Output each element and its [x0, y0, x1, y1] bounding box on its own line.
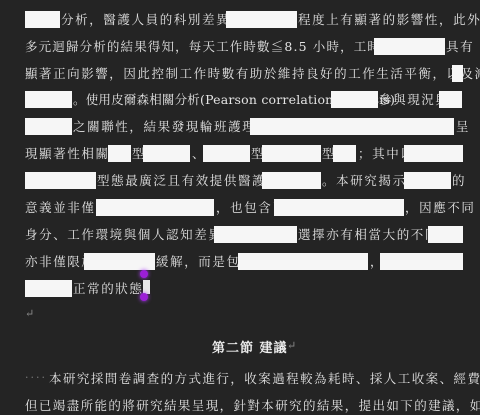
- redaction-box: [84, 253, 155, 270]
- section-heading: 第二節 建議: [212, 337, 288, 356]
- redaction-box: [331, 91, 378, 108]
- redaction-box: [274, 199, 404, 216]
- text-selection[interactable]: [143, 280, 150, 294]
- redaction-box: [25, 172, 96, 189]
- redaction-box: [439, 91, 462, 108]
- redaction-box: [226, 11, 297, 28]
- text-line-3: 顯著正向影響，因此控制工作時數有助於維持良好的工作生活平衡，以及減少長期: [25, 66, 480, 82]
- redaction-box: [25, 118, 72, 135]
- redaction-box: [143, 145, 190, 162]
- redaction-box: [250, 118, 454, 135]
- text-line-2b: 具有: [446, 39, 474, 55]
- redaction-box: [203, 145, 250, 162]
- text-line-5b: 呈: [456, 119, 470, 135]
- text-line-8c: ，因應不同: [405, 200, 476, 216]
- body2-line-1: 本研究採問卷調查的方式進行，收案過程較為耗時、採人工收案、經費等因素，: [49, 371, 480, 387]
- body2-line-2: 但已竭盡所能的將研究結果呈現，針對本研究的結果，提出如下的建議，如未來要持: [25, 398, 480, 414]
- redaction-box: [25, 11, 60, 28]
- redaction-box: [428, 226, 463, 243]
- text-line-1b: 程度上有顯著的影響性，此外從: [298, 12, 480, 28]
- redaction-box: [374, 38, 445, 55]
- redaction-box: [452, 65, 463, 82]
- redaction-box: [108, 145, 131, 162]
- selection-handle-top[interactable]: [140, 270, 148, 278]
- redaction-box: [25, 280, 72, 297]
- paragraph-mark: ↵: [25, 307, 34, 320]
- redaction-box: [96, 199, 214, 216]
- indent-marks: ····: [25, 371, 47, 384]
- redaction-box: [238, 253, 368, 270]
- redaction-box: [25, 91, 72, 108]
- redaction-box: [262, 145, 321, 162]
- heading-paragraph-mark: ↵: [287, 339, 296, 352]
- text-line-7c: 的: [452, 173, 466, 189]
- redaction-box: [380, 253, 463, 270]
- document-page[interactable]: 分析，醫護人員的科別差異對於 程度上有顯著的影響性，此外從 多元迴歸分析的結果得…: [0, 0, 480, 415]
- redaction-box: [262, 172, 321, 189]
- selection-handle-bottom[interactable]: [140, 293, 148, 301]
- redaction-box: [404, 145, 463, 162]
- redaction-box: [333, 145, 356, 162]
- redaction-box: [214, 226, 297, 243]
- redaction-box: [404, 172, 451, 189]
